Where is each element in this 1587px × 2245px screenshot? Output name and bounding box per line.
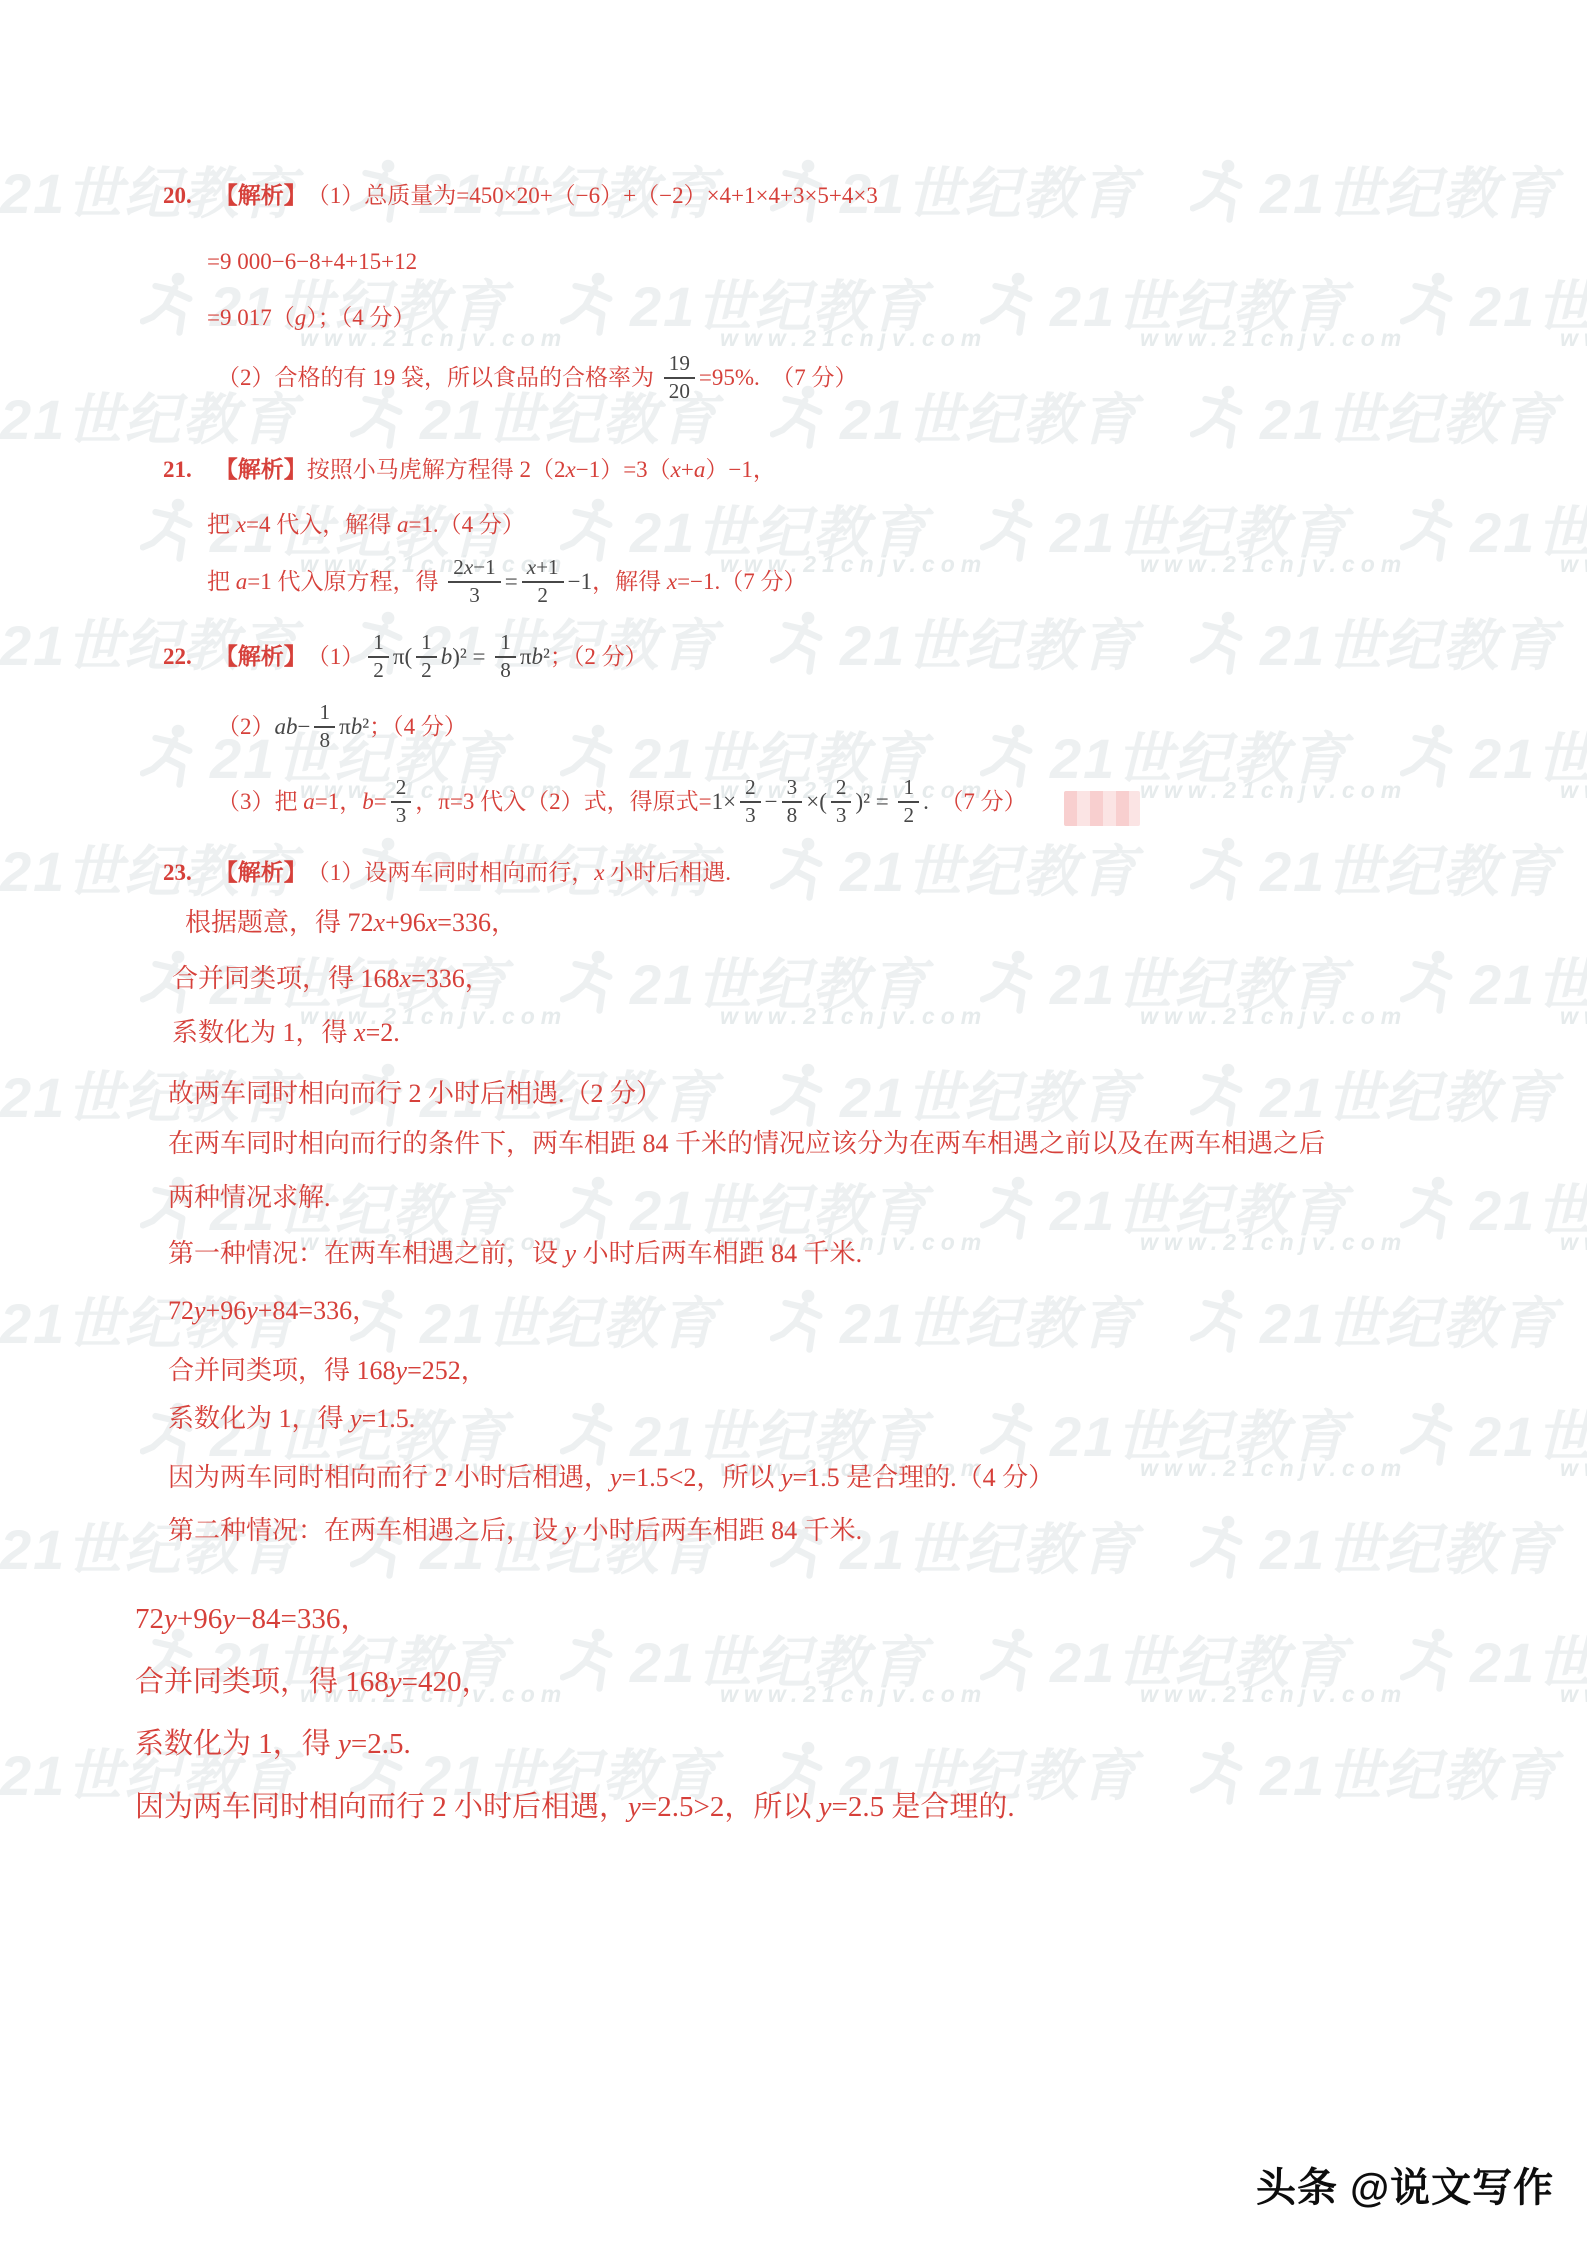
text-segment: 23. — [163, 858, 192, 888]
text-segment: 1× — [712, 787, 736, 817]
text-segment: ；（2 分） — [550, 642, 648, 672]
text-segment: ×( — [806, 787, 827, 817]
fraction: 2x−13 — [448, 556, 500, 607]
text-segment: （7 分） — [929, 787, 1027, 817]
answer-line-q23: 系数化为 1，得 x=2. — [172, 1016, 400, 1050]
answer-document: 20. 【解析】（1）总质量为=450×20+（−6）+（−2）×4+1×4+3… — [0, 0, 1587, 2245]
answer-line-q23: 根据题意，得 72x+96x=336， — [185, 906, 517, 940]
text-segment: 72y+96y+84=336， — [168, 1294, 378, 1328]
fraction: 12 — [416, 631, 437, 682]
scanned-answer-page: 21世纪教育21世纪教育21世纪教育21世纪教育21世纪教育www.21cnjv… — [0, 0, 1587, 2245]
text-segment: = — [467, 642, 491, 672]
text-segment: 【解析】 — [215, 181, 307, 211]
text-segment: ，π=3 代入（2）式，得原式= — [415, 787, 711, 817]
fraction: 18 — [314, 701, 335, 752]
text-segment — [192, 181, 215, 211]
text-segment: − — [765, 787, 778, 817]
text-segment: 21. — [163, 455, 192, 485]
text-segment: 根据题意，得 72x+96x=336， — [185, 906, 517, 940]
text-segment: （2）合格的有 19 袋，所以食品的合格率为 — [217, 363, 660, 393]
text-segment: 合并同类项，得 168x=336， — [172, 962, 491, 996]
text-segment: 把 a=1 代入原方程，得 — [207, 567, 444, 597]
answer-line-q22: （3）把 a=1，b=23，π=3 代入（2）式，得原式=1×23−38×(23… — [217, 776, 1027, 827]
text-segment: π( — [393, 642, 412, 672]
answer-line-q23: 23. 【解析】（1）设两车同时相向而行，x 小时后相遇. — [163, 858, 731, 888]
fraction: 38 — [782, 776, 803, 827]
answer-line-q23: 第一种情况：在两车相遇之前，设 y 小时后两车相距 84 千米. — [168, 1237, 862, 1271]
text-segment: )² = — [855, 787, 894, 817]
fraction: 1920 — [664, 352, 695, 403]
text-segment: 72y+96y−84=336， — [135, 1601, 369, 1639]
text-segment — [192, 642, 215, 672]
text-segment: 把 x=4 代入，解得 a=1.（4 分） — [207, 510, 525, 540]
text-segment: ；（4 分） — [369, 712, 467, 742]
answer-line-q23: 第二种情况：在两车相遇之后，设 y 小时后两车相距 84 千米. — [168, 1514, 862, 1548]
answer-line-q23: 故两车同时相向而行 2 小时后相遇.（2 分） — [168, 1077, 662, 1111]
text-segment: 【解析】 — [215, 642, 307, 672]
answer-line-q23: 系数化为 1，得 y=2.5. — [135, 1726, 411, 1764]
text-segment: b)² — [441, 642, 467, 672]
text-segment: （1） — [307, 642, 365, 672]
text-segment: 合并同类项，得 168y=420， — [135, 1664, 491, 1702]
answer-line-q23: 因为两车同时相向而行 2 小时后相遇，y=1.5<2，所以 y=1.5 是合理的… — [168, 1461, 1054, 1495]
answer-line-q23: 合并同类项，得 168x=336， — [172, 962, 491, 996]
text-segment: πb² — [339, 712, 369, 742]
answer-line-q20: 20. 【解析】（1）总质量为=450×20+（−6）+（−2）×4+1×4+3… — [163, 181, 878, 211]
text-segment: −1 — [568, 567, 592, 597]
answer-line-q21: 把 x=4 代入，解得 a=1.（4 分） — [207, 510, 525, 540]
text-segment: ab− — [275, 712, 311, 742]
text-segment: （1）设两车同时相向而行，x 小时后相遇. — [307, 858, 731, 888]
text-segment — [192, 455, 215, 485]
text-segment: 系数化为 1，得 y=1.5. — [168, 1402, 415, 1436]
fraction: x+12 — [522, 556, 564, 607]
text-segment: =9 000−6−8+4+15+12 — [207, 247, 417, 277]
answer-line-q20: （2）合格的有 19 袋，所以食品的合格率为 1920=95%. （7 分） — [217, 352, 858, 403]
text-segment: 按照小马虎解方程得 2（2x−1）=3（x+a）−1， — [307, 455, 776, 485]
answer-line-q23: 因为两车同时相向而行 2 小时后相遇，y=2.5>2，所以 y=2.5 是合理的… — [135, 1789, 1015, 1827]
text-segment: 【解析】 — [215, 858, 307, 888]
text-segment: πb² — [520, 642, 550, 672]
answer-line-q23: 72y+96y+84=336， — [168, 1294, 378, 1328]
text-segment: （1）总质量为=450×20+（−6）+（−2）×4+1×4+3×5+4×3 — [307, 181, 878, 211]
fraction: 12 — [898, 776, 919, 827]
text-segment: 22. — [163, 642, 192, 672]
fraction: 23 — [391, 776, 412, 827]
answer-line-q23: 在两车同时相向而行的条件下，两车相距 84 千米的情况应该分为在两车相遇之前以及… — [168, 1127, 1325, 1161]
text-segment: 系数化为 1，得 y=2.5. — [135, 1726, 411, 1764]
text-segment: （2） — [217, 712, 275, 742]
text-segment: 在两车同时相向而行的条件下，两车相距 84 千米的情况应该分为在两车相遇之前以及… — [168, 1127, 1325, 1161]
text-segment: ，解得 x=−1.（7 分） — [592, 567, 806, 597]
text-segment: =95%. （7 分） — [699, 363, 858, 393]
text-segment — [192, 858, 215, 888]
text-segment: 20. — [163, 181, 192, 211]
text-segment: 两种情况求解. — [168, 1181, 331, 1215]
answer-line-q20: =9 000−6−8+4+15+12 — [207, 247, 417, 277]
fraction: 23 — [740, 776, 761, 827]
answer-line-q22: 22. 【解析】（1）12π(12b)² = 18πb²；（2 分） — [163, 631, 648, 682]
answer-line-q21: 把 a=1 代入原方程，得 2x−13=x+12−1，解得 x=−1.（7 分） — [207, 556, 807, 607]
text-segment: 系数化为 1，得 x=2. — [172, 1016, 400, 1050]
answer-line-q23: 合并同类项，得 168y=252， — [168, 1354, 487, 1388]
fraction: 23 — [831, 776, 852, 827]
redaction-block — [1064, 791, 1140, 826]
text-segment: 第二种情况：在两车相遇之后，设 y 小时后两车相距 84 千米. — [168, 1514, 862, 1548]
watermark-credit: 头条 @说文写作 — [1256, 2156, 1554, 2213]
text-segment: 【解析】 — [215, 455, 307, 485]
text-segment: = — [505, 567, 518, 597]
text-segment: 故两车同时相向而行 2 小时后相遇.（2 分） — [168, 1077, 662, 1111]
fraction: 12 — [368, 631, 389, 682]
text-segment: 合并同类项，得 168y=252， — [168, 1354, 487, 1388]
answer-line-q23: 合并同类项，得 168y=420， — [135, 1664, 491, 1702]
answer-line-q22: （2）ab−18πb²；（4 分） — [217, 701, 467, 752]
answer-line-q23: 系数化为 1，得 y=1.5. — [168, 1402, 415, 1436]
text-segment: 因为两车同时相向而行 2 小时后相遇，y=2.5>2，所以 y=2.5 是合理的… — [135, 1789, 1015, 1827]
answer-line-q21: 21. 【解析】按照小马虎解方程得 2（2x−1）=3（x+a）−1， — [163, 455, 776, 485]
answer-line-q23: 72y+96y−84=336， — [135, 1601, 369, 1639]
fraction: 18 — [495, 631, 516, 682]
text-segment: 因为两车同时相向而行 2 小时后相遇，y=1.5<2，所以 y=1.5 是合理的… — [168, 1461, 1054, 1495]
answer-line-q23: 两种情况求解. — [168, 1181, 331, 1215]
text-segment: =9 017（g）；（4 分） — [207, 303, 415, 333]
text-segment: 第一种情况：在两车相遇之前，设 y 小时后两车相距 84 千米. — [168, 1237, 862, 1271]
answer-line-q20: =9 017（g）；（4 分） — [207, 303, 415, 333]
text-segment: （3）把 a=1，b= — [217, 787, 387, 817]
